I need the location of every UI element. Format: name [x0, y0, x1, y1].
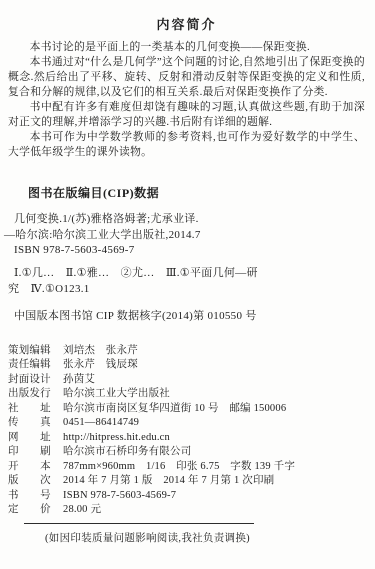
- colophon-row-edition: 版 次 2014 年 7 月第 1 版 2014 年 7 月第 1 次印刷: [8, 474, 365, 489]
- cip-classification: Ⅰ.①几… Ⅱ.①雅… ②尤… Ⅲ.①平面几何—研究 Ⅳ.①O123.1: [8, 265, 260, 297]
- colophon-row-address: 社 址 哈尔滨市南岗区复华四道街 10 号 邮编 150006: [8, 402, 365, 417]
- colophon-value: 哈尔滨市石桥印务有限公司: [63, 445, 191, 460]
- colophon-label: 策划编辑: [8, 344, 54, 359]
- colophon-label: 版 次: [8, 474, 54, 489]
- colophon-value: 刘培杰 张永芹: [63, 344, 138, 359]
- cip-title-line: 几何变换.1/(苏)雅格洛姆著;尤承业译.: [8, 212, 365, 228]
- summary-title: 内容简介: [8, 14, 365, 33]
- colophon-row-cover-design: 封面设计 孙茵艾: [8, 373, 365, 388]
- colophon-row-responsible-editor: 责任编辑 张永芹 钱辰琛: [8, 358, 365, 373]
- summary-paragraph-1: 本书讨论的是平面上的一类基本的几何变换——保距变换.: [8, 40, 365, 55]
- colophon-label: 开 本: [8, 460, 54, 475]
- colophon-row-isbn: 书 号 ISBN 978-7-5603-4569-7: [8, 489, 365, 504]
- colophon-value: 张永芹 钱辰琛: [63, 358, 138, 373]
- colophon-value: 787mm×960mm 1/16 印张 6.75 字数 139 千字: [63, 460, 295, 475]
- content-summary-section: 内容简介 本书讨论的是平面上的一类基本的几何变换——保距变换. 本书通过对“什么…: [8, 14, 365, 160]
- colophon-row-price: 定 价 28.00 元: [8, 503, 365, 518]
- colophon-label: 印 刷: [8, 445, 54, 460]
- colophon-value: 哈尔滨工业大学出版社: [63, 387, 170, 402]
- quality-exchange-note: (如因印装质量问题影响阅读,我社负责调换): [8, 530, 365, 545]
- colophon-row-fax: 传 真 0451—86414749: [8, 416, 365, 431]
- summary-paragraph-2: 本书通过对“什么是几何学”这个问题的讨论,自然地引出了保距变换的概念.然后给出了…: [8, 55, 365, 100]
- colophon-value: 2014 年 7 月第 1 版 2014 年 7 月第 1 次印刷: [63, 474, 274, 489]
- colophon-label: 封面设计: [8, 373, 54, 388]
- colophon-label: 出版发行: [8, 387, 54, 402]
- cip-data-section: 图书在版编目(CIP)数据 几何变换.1/(苏)雅格洛姆著;尤承业译. —哈尔滨…: [8, 184, 365, 323]
- colophon-value: 0451—86414749: [63, 416, 139, 431]
- colophon-label: 传 真: [8, 416, 54, 431]
- colophon-row-planning-editor: 策划编辑 刘培杰 张永芹: [8, 344, 365, 359]
- book-copyright-page: 内容简介 本书讨论的是平面上的一类基本的几何变换——保距变换. 本书通过对“什么…: [0, 0, 375, 569]
- colophon-row-website: 网 址 http://hitpress.hit.edu.cn: [8, 431, 365, 446]
- cip-record-number: 中国版本图书馆 CIP 数据核字(2014)第 010550 号: [8, 307, 365, 323]
- colophon-value: 孙茵艾: [63, 373, 95, 388]
- cip-publisher-line: —哈尔滨:哈尔滨工业大学出版社,2014.7: [4, 228, 365, 244]
- summary-paragraph-3: 书中配有许多有难度但却饶有趣味的习题,认真做这些题,有助于加深对正文的理解,并增…: [8, 100, 365, 130]
- colophon-label: 网 址: [8, 431, 54, 446]
- cip-body: 几何变换.1/(苏)雅格洛姆著;尤承业译. —哈尔滨:哈尔滨工业大学出版社,20…: [8, 212, 365, 259]
- colophon-value: ISBN 978-7-5603-4569-7: [63, 489, 176, 504]
- cip-header: 图书在版编目(CIP)数据: [8, 184, 365, 201]
- colophon-value: 28.00 元: [63, 503, 101, 518]
- colophon-row-printer: 印 刷 哈尔滨市石桥印务有限公司: [8, 445, 365, 460]
- colophon-label: 书 号: [8, 489, 54, 504]
- colophon-label: 定 价: [8, 503, 54, 518]
- colophon-value: http://hitpress.hit.edu.cn: [63, 431, 170, 446]
- cip-isbn-line: ISBN 978-7-5603-4569-7: [8, 243, 365, 259]
- colophon-section: 策划编辑 刘培杰 张永芹 责任编辑 张永芹 钱辰琛 封面设计 孙茵艾 出版发行 …: [8, 344, 365, 518]
- colophon-value: 哈尔滨市南岗区复华四道街 10 号 邮编 150006: [63, 402, 286, 417]
- colophon-row-format: 开 本 787mm×960mm 1/16 印张 6.75 字数 139 千字: [8, 460, 365, 475]
- footer-divider-line: [24, 523, 254, 524]
- colophon-label: 社 址: [8, 402, 54, 417]
- colophon-label: 责任编辑: [8, 358, 54, 373]
- summary-paragraph-4: 本书可作为中学数学教师的参考资料,也可作为爱好数学的中学生、大学低年级学生的课外…: [8, 130, 365, 160]
- colophon-row-publisher: 出版发行 哈尔滨工业大学出版社: [8, 387, 365, 402]
